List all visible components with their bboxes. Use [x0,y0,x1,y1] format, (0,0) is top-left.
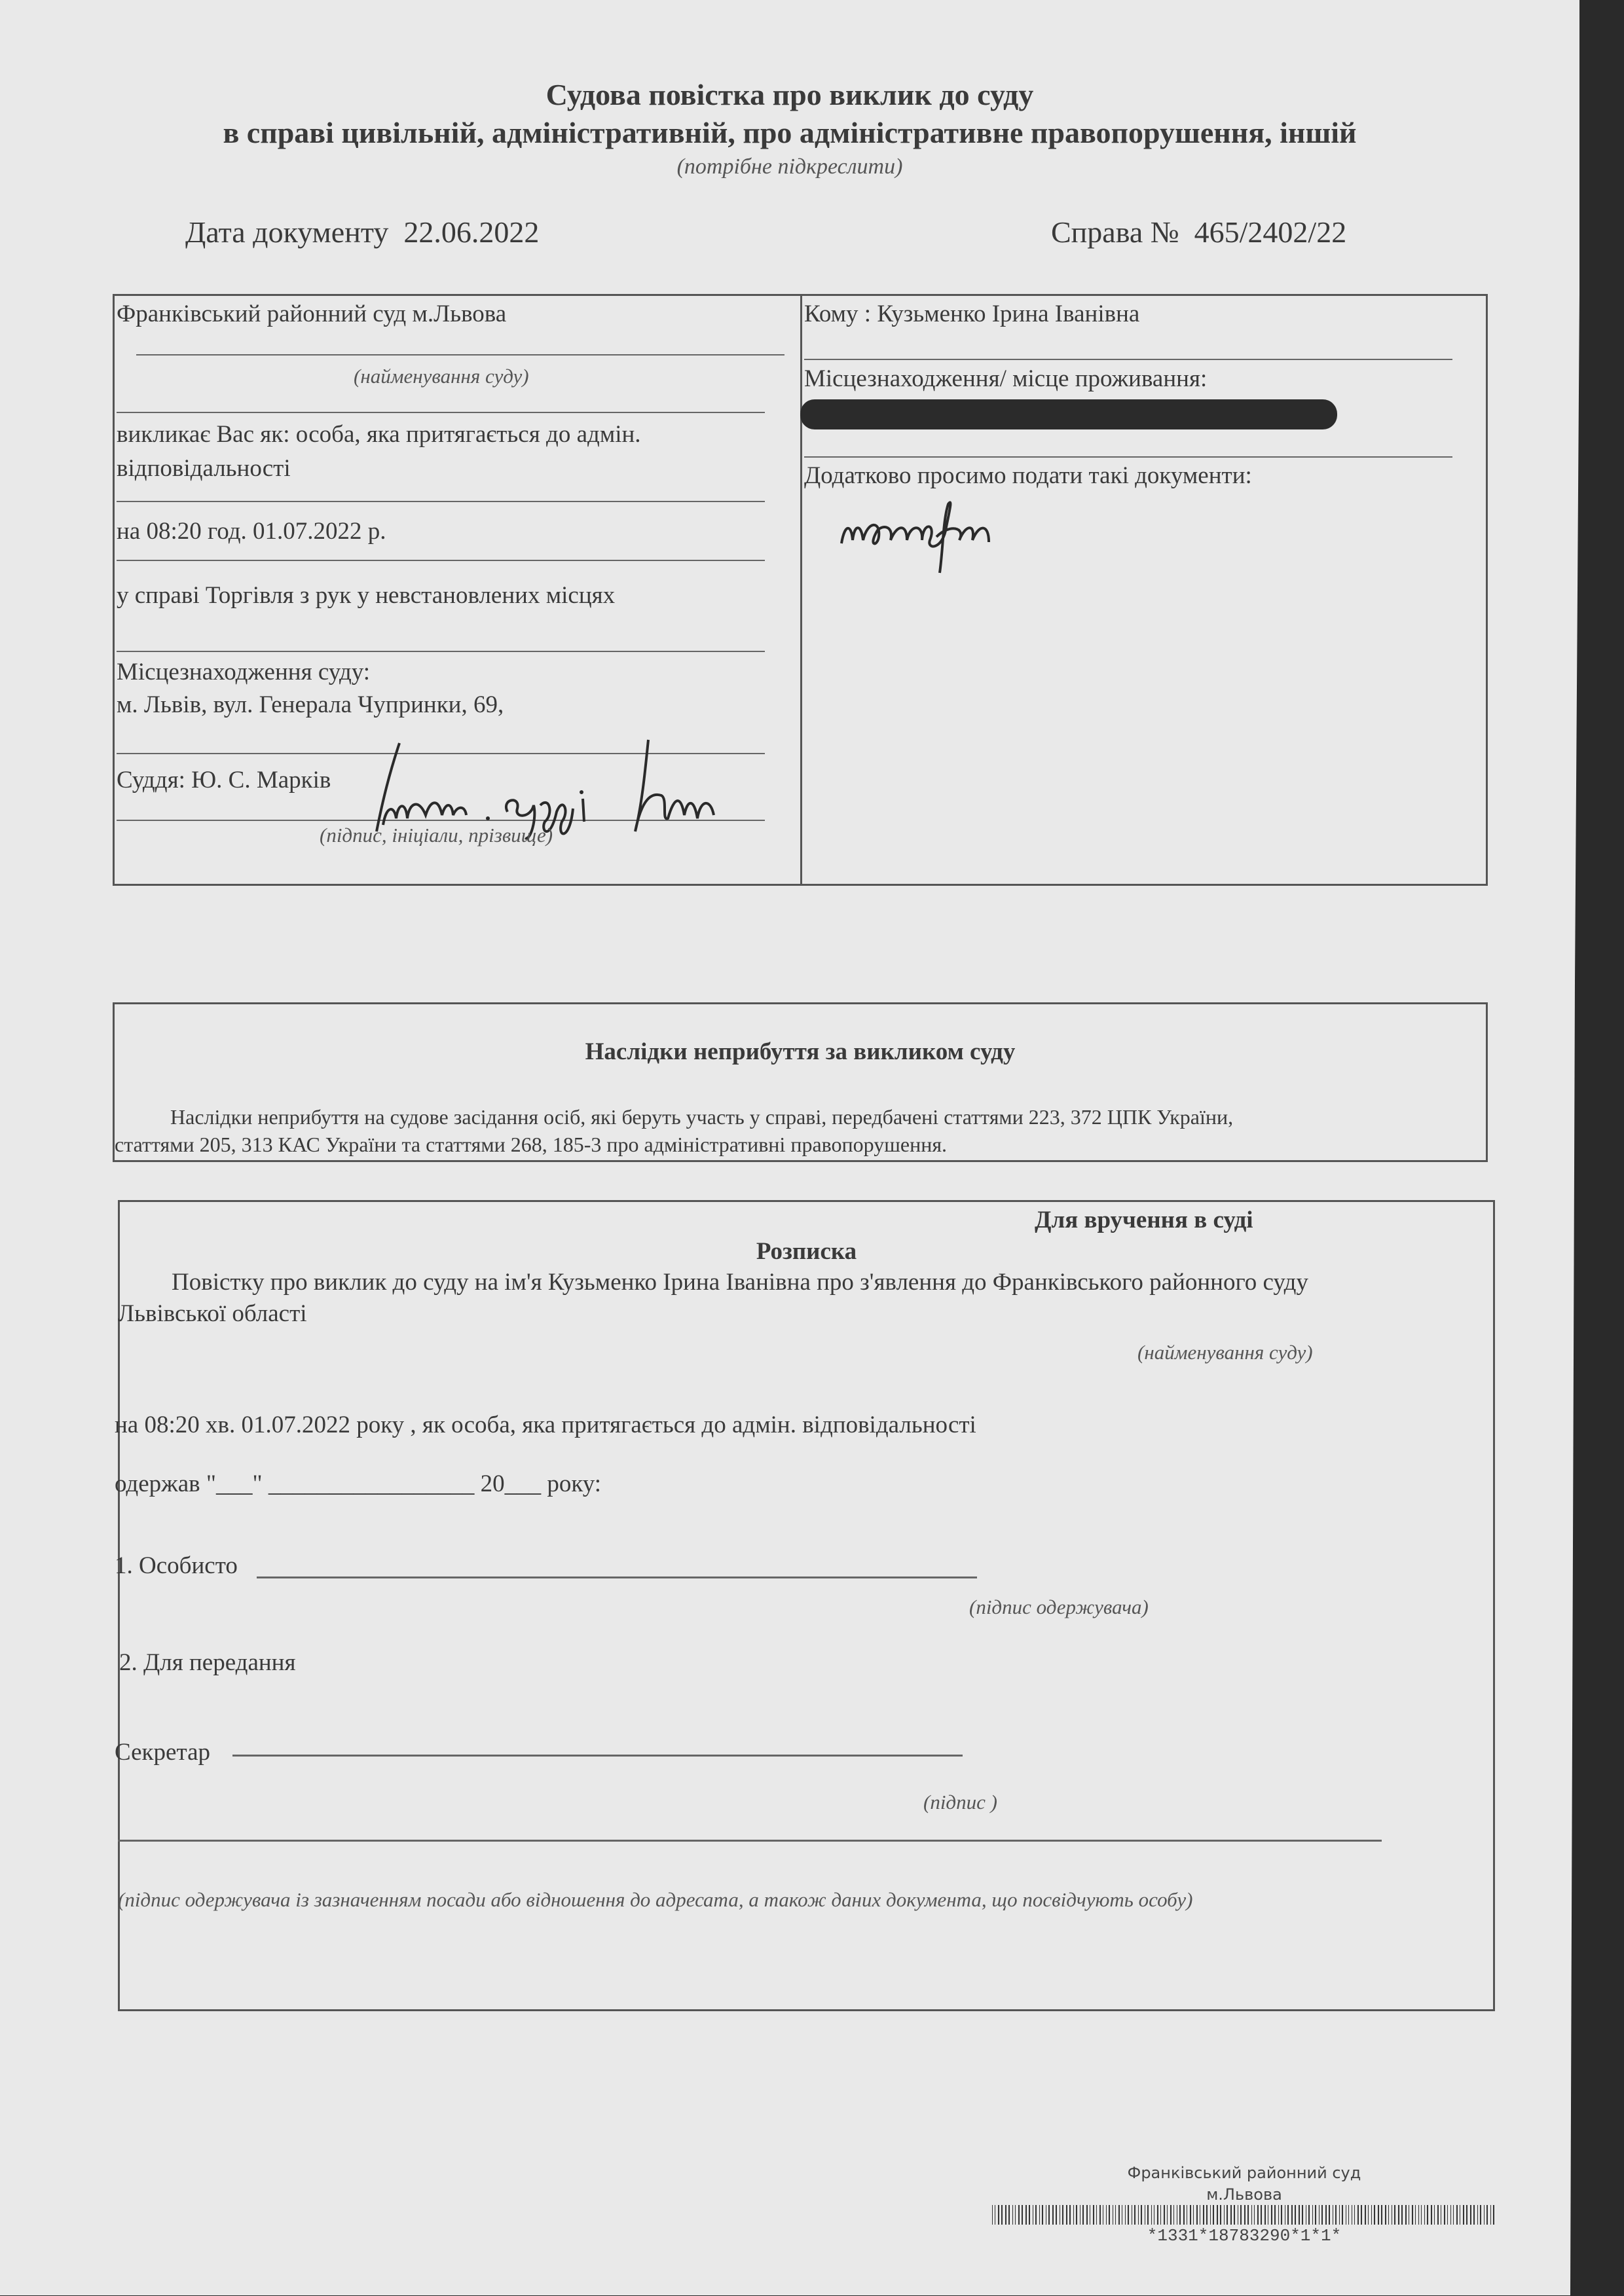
barcode-bar [1421,2205,1422,2225]
barcode-bar [1418,2205,1419,2225]
barcode-bar [998,2205,999,2225]
receipt-time-line: на 08:20 хв. 01.07.2022 року , як особа,… [115,1411,976,1439]
barcode-bar [1470,2205,1471,2225]
barcode-bar [1113,2205,1113,2225]
barcode-bar [1227,2205,1228,2225]
signature-caption: (підпис, ініціали, прізвище) [320,824,553,847]
barcode-bar [1190,2205,1191,2225]
barcode-bar [1329,2205,1330,2225]
barcode-bar [1125,2205,1126,2225]
barcode-bar [1268,2205,1268,2225]
barcode-bar [1398,2205,1399,2225]
barcode-bar [1361,2205,1361,2225]
barcode-bar [1025,2205,1027,2225]
court-name: Франківський районний суд м.Львова [117,300,506,328]
barcode-bar [1109,2205,1109,2225]
barcode-bar [1060,2205,1060,2225]
barcode-bar [1437,2205,1438,2225]
barcode-bar [1151,2205,1152,2225]
barcode-bar [1086,2205,1088,2225]
title-line-1: Судова повістка про виклик до суду [0,77,1579,112]
barcode-bar [1177,2205,1177,2225]
barcode-bar [1090,2205,1090,2225]
underline-note: (потрібне підкреслити) [0,155,1579,179]
barcode-bar [1157,2205,1158,2225]
redacted-address [800,399,1337,429]
summons-role-cont: відповідальності [117,454,291,483]
barcode-bar [1281,2205,1282,2225]
summons-role: викликає Вас як: особа, яка притягається… [117,420,641,448]
barcode-bar [1220,2205,1221,2225]
barcode-bar [1378,2205,1379,2225]
barcode-bar [1082,2205,1084,2225]
case-subject: у справі Торгівля з рук у невстановлених… [117,581,615,610]
barcode-bar [1484,2205,1485,2225]
barcode-bar [1138,2205,1139,2225]
barcode-bar [1118,2205,1119,2225]
barcode-bar [1106,2205,1107,2225]
barcode-bar [1008,2205,1010,2225]
barcode-bar [1412,2205,1412,2225]
barcode-bar [1099,2205,1100,2225]
barcode-bar [1385,2205,1386,2225]
separator [136,354,784,355]
barcode-bar [1493,2205,1494,2225]
barcode-bar [1405,2205,1407,2225]
barcode-bar [1076,2205,1077,2225]
barcode-bar [1321,2205,1323,2225]
barcode-bar [1346,2205,1346,2225]
barcode-bar [995,2205,995,2225]
barcode-bar [1039,2205,1040,2225]
personal-label: 1. Особисто [115,1552,238,1580]
barcode-bar [1308,2205,1310,2225]
barcode-bar [1319,2205,1319,2225]
barcode-bar [1274,2205,1276,2225]
barcode-bar [1015,2205,1016,2225]
document-date-label: Дата документу [185,215,388,249]
barcode-bar [1365,2205,1366,2225]
residence-label: Місцезнаходження/ місце проживання: [804,365,1207,393]
barcode-bar [1463,2205,1464,2225]
receipt-title: Розписка [118,1237,1495,1266]
separator [117,560,765,561]
personal-caption: (підпис одержувача) [969,1595,1149,1619]
barcode-bar [1431,2205,1432,2225]
recipient-name: Кому : Кузьменко Ірина Іванівна [804,300,1139,328]
barcode-bar [1234,2205,1235,2225]
barcode-bar [1093,2205,1094,2225]
secretary-signature-line[interactable] [232,1755,963,1757]
separator [117,412,765,413]
barcode-bar [1348,2205,1349,2225]
barcode-bar [1357,2205,1359,2225]
barcode-bar [1179,2205,1180,2225]
barcode-bar [1287,2205,1289,2225]
barcode-bar [1271,2205,1272,2225]
barcode-bar [1486,2205,1488,2225]
barcode-bar [1490,2205,1491,2225]
case-number-value: 465/2402/22 [1194,215,1347,249]
barcode-bar [1240,2205,1242,2225]
barcode-bar [1261,2205,1262,2225]
recipient-signature-line[interactable] [118,1840,1382,1842]
barcode-bar [1046,2205,1046,2225]
barcode-bar [1447,2205,1448,2225]
delivery-note: Для вручення в суді [1035,1206,1253,1234]
barcode-bar [1427,2205,1428,2225]
barcode-bar [1132,2205,1132,2225]
barcode-bar [1224,2205,1225,2225]
barcode-bar [1473,2205,1475,2225]
barcode-bar [1444,2205,1445,2225]
barcode-bar [1291,2205,1293,2225]
barcode-bar [1035,2205,1037,2225]
barcode-bar [1450,2205,1451,2225]
barcode-bar [1062,2205,1063,2225]
barcode-bar [1160,2205,1161,2225]
barcode-bar [1018,2205,1020,2225]
barcode-bar [1145,2205,1145,2225]
barcode-bar [1213,2205,1214,2225]
barcode-bar [1048,2205,1050,2225]
barcode-bar [1196,2205,1197,2225]
barcode-bar [1217,2205,1218,2225]
received-date-line: одержав "___" _________________ 20___ ро… [115,1470,601,1498]
barcode-bar [1352,2205,1352,2225]
barcode-bar [1134,2205,1135,2225]
barcode-bar [1244,2205,1246,2225]
barcode-bar [1374,2205,1375,2225]
case-number: Справа № 465/2402/22 [1051,215,1346,249]
separator [804,359,1452,360]
barcode-bar [1154,2205,1154,2225]
secretary-caption: (підпис ) [923,1791,997,1814]
footer-court-line-2: м.Львова [1061,2185,1428,2204]
barcode-bar [1312,2205,1313,2225]
barcode-bar [1480,2205,1481,2225]
barcode-bar [1409,2205,1409,2225]
barcode-bar [1210,2205,1211,2225]
barcode-bar [1029,2205,1030,2225]
barcode-bar [1456,2205,1457,2225]
court-location-label: Місцезнаходження суду: [117,658,370,686]
barcode-bar [1033,2205,1033,2225]
barcode-bar [1206,2205,1207,2225]
barcode-bar [1066,2205,1067,2225]
barcode-bar [1012,2205,1013,2225]
court-address: м. Львів, вул. Генерала Чупринки, 69, [117,691,504,719]
barcode-bar [1005,2205,1006,2225]
receipt-line-1: Повістку про виклик до суду на ім'я Кузь… [172,1268,1308,1296]
barcode-bar [1073,2205,1074,2225]
barcode-bar [1477,2205,1478,2225]
barcode-bar [1306,2205,1306,2225]
barcode-bar [1325,2205,1327,2225]
barcode [992,2205,1496,2225]
barcode-bar [1315,2205,1316,2225]
barcode-bar [1203,2205,1204,2225]
judge-name: Суддя: Ю. С. Марків [117,766,331,794]
barcode-bar [1187,2205,1187,2225]
barcode-text: *1331*18783290*1*1* [1061,2226,1428,2246]
barcode-bar [1333,2205,1333,2225]
transfer-label: 2. Для передання [119,1649,296,1677]
title-line-2: в справі цивільній, адміністративній, пр… [0,115,1579,150]
receipt-line-1-cont: Львівської області [118,1300,307,1328]
barcode-bar [1200,2205,1200,2225]
barcode-bar [1381,2205,1382,2225]
barcode-bar [1371,2205,1372,2225]
consequences-title: Наслідки неприбуття за викликом суду [113,1038,1488,1066]
separator [117,501,765,502]
barcode-bar [1183,2205,1185,2225]
document-date: Дата документу 22.06.2022 [185,215,539,249]
separator [117,651,765,652]
document-date-value: 22.06.2022 [403,215,539,249]
consequences-text-line-1: Наслідки неприбуття на судове засідання … [170,1105,1233,1129]
barcode-bar [1164,2205,1164,2225]
barcode-bar [1103,2205,1103,2225]
barcode-bar [992,2205,993,2225]
barcode-bar [1299,2205,1300,2225]
case-number-label: Справа № [1051,215,1179,249]
barcode-bar [1193,2205,1194,2225]
barcode-bar [1339,2205,1340,2225]
barcode-bar [1056,2205,1057,2225]
barcode-bar [1295,2205,1296,2225]
barcode-bar [1238,2205,1238,2225]
barcode-bar [1147,2205,1148,2225]
barcode-bar [1466,2205,1467,2225]
barcode-bar [1278,2205,1279,2225]
barcode-bar [1460,2205,1460,2225]
barcode-bar [1080,2205,1080,2225]
recipient-caption: (підпис одержувача із зазначенням посади… [118,1888,1192,1912]
separator [804,456,1452,458]
handwritten-passport-note [832,484,1080,576]
barcode-bar [1122,2205,1123,2225]
document-page: Судова повістка про виклик до суду в спр… [0,0,1579,2295]
personal-signature-line[interactable] [257,1576,977,1578]
barcode-bar [1453,2205,1454,2225]
consequences-text-line-2: статтями 205, 313 КАС України та статтям… [115,1133,947,1157]
barcode-bar [1388,2205,1389,2225]
secretary-label: Секретар [115,1738,210,1766]
barcode-bar [1115,2205,1116,2225]
barcode-bar [1247,2205,1248,2225]
barcode-bar [1264,2205,1266,2225]
hearing-time: на 08:20 год. 01.07.2022 р. [117,517,386,545]
barcode-bar [1354,2205,1355,2225]
barcode-bar [1392,2205,1392,2225]
barcode-bar [1251,2205,1252,2225]
footer-court-line-1: Франківський районний суд [1061,2164,1428,2182]
court-name-caption: (найменування суду) [354,365,529,388]
barcode-bar [1424,2205,1425,2225]
barcode-bar [1170,2205,1171,2225]
barcode-bar [1042,2205,1043,2225]
barcode-bar [1141,2205,1142,2225]
barcode-bar [1069,2205,1071,2225]
barcode-bar [1441,2205,1441,2225]
barcode-bar [1167,2205,1168,2225]
barcode-bar [1302,2205,1303,2225]
barcode-bar [1342,2205,1342,2225]
barcode-bar [1230,2205,1231,2225]
receipt-court-caption: (найменування суду) [1137,1341,1313,1364]
barcode-bar [1128,2205,1129,2225]
barcode-bar [1096,2205,1097,2225]
barcode-bar [1368,2205,1369,2225]
barcode-bar [1401,2205,1402,2225]
barcode-bar [1001,2205,1002,2225]
barcode-bar [1394,2205,1395,2225]
barcode-bar [1434,2205,1435,2225]
barcode-bar [1415,2205,1416,2225]
barcode-bar [1022,2205,1023,2225]
barcode-bar [1173,2205,1174,2225]
barcode-bar [1257,2205,1258,2225]
barcode-bar [1335,2205,1337,2225]
barcode-bar [1052,2205,1054,2225]
barcode-bar [1254,2205,1255,2225]
barcode-bar [1285,2205,1285,2225]
column-divider [800,295,802,885]
